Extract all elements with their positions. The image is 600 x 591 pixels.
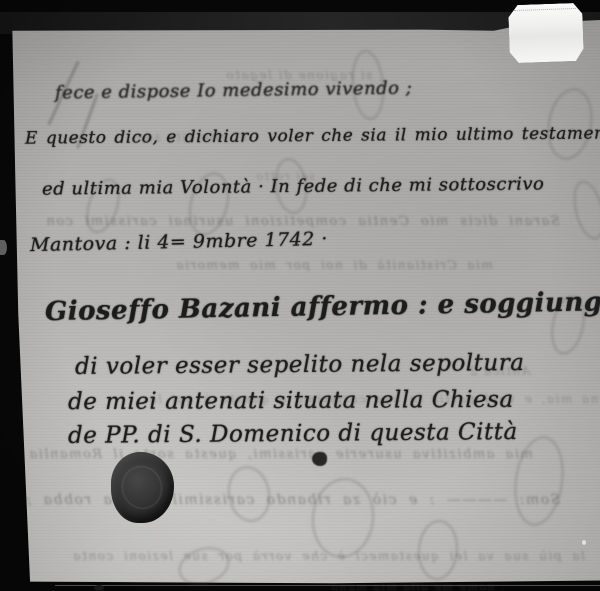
manuscript-line: de miei antenati situata nella Chiesa [68,387,514,415]
archive-label [508,3,584,64]
bleedthrough-line: mia Cristianità di noi por mio memoria [175,258,493,272]
manuscript-line: di voler esser sepelito nela sepoltura [75,350,525,380]
bleedthrough-line: mia ambizitiva usurerie carissimi, quest… [28,447,533,462]
wax-seal-texture [117,461,168,514]
bleedthrough-line: la più sua va lei questameci è che vorrà… [72,549,585,563]
photo-white-speck [582,540,586,545]
photo-left-edge-notch [0,240,7,255]
photo-bottom-dot [94,585,104,591]
bleedthrough-line: . nome me alla mia mano [330,581,504,591]
wax-seal [111,452,174,523]
bleedthrough-line: Sarani dicis mio Centia competizioni usu… [45,214,560,229]
bleedthrough-line: Som: ———— : e ciò za ribando carissimili… [25,492,560,508]
ink-blot [312,452,327,466]
manuscript-line: de PP. di S. Domenico di questa Città [68,419,518,449]
photo-bottom-edge-line [55,585,600,586]
manuscript-photograph: si ragione di legato at mio vita sua sei… [0,0,600,591]
archive-label-border [514,8,576,11]
